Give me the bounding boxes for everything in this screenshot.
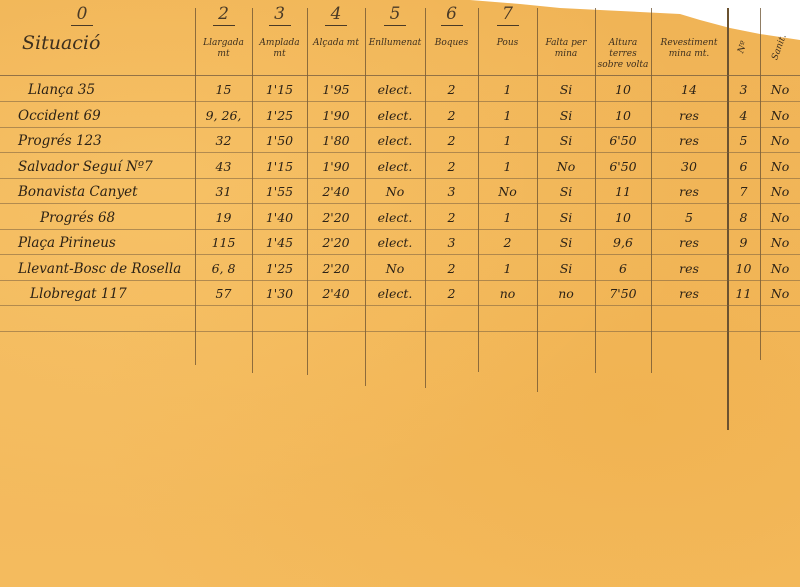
column-number: 3 (265, 4, 295, 26)
table-cell: Si (537, 184, 595, 199)
row-divider (0, 203, 800, 204)
table-cell: No (365, 261, 425, 276)
table-cell: No (760, 210, 800, 225)
table-cell: 2'40 (307, 184, 365, 199)
table-cell: No (537, 159, 595, 174)
row-location: Plaça Pirineus (18, 235, 116, 251)
header-divider (0, 75, 800, 76)
table-cell: No (365, 184, 425, 199)
column-header: Revestiment mina mt. (652, 38, 726, 60)
table-cell: 10 (727, 261, 760, 276)
table-cell: 5 (727, 133, 760, 148)
table-cell: 14 (651, 82, 727, 97)
column-number: 0 (67, 4, 97, 26)
table-cell: 1'90 (307, 108, 365, 123)
table-cell: elect. (365, 82, 425, 97)
table-cell: 2 (425, 210, 478, 225)
table-cell: 7'50 (595, 286, 651, 301)
table-cell: 31 (195, 184, 252, 199)
column-header: Altura terres sobre volta (596, 38, 650, 71)
row-location: Llevant-Bosc de Rosella (18, 261, 181, 277)
table-cell: 3 (727, 82, 760, 97)
table-cell: 6 (595, 261, 651, 276)
table-cell: 2 (425, 159, 478, 174)
table-cell: 2 (425, 286, 478, 301)
table-cell: 4 (727, 108, 760, 123)
table-cell: 1'40 (252, 210, 307, 225)
table-cell: 2 (425, 108, 478, 123)
table-cell: 57 (195, 286, 252, 301)
table-cell: Si (537, 210, 595, 225)
table-cell: 5 (651, 210, 727, 225)
column-number: 5 (380, 4, 410, 26)
table-cell: 1'45 (252, 235, 307, 250)
table-cell: 2 (425, 82, 478, 97)
table-cell: 115 (195, 235, 252, 250)
table-cell: No (760, 235, 800, 250)
row-location: Occident 69 (18, 108, 101, 124)
table-cell: 9,6 (595, 235, 651, 250)
table-cell: res (651, 108, 727, 123)
table-cell: elect. (365, 159, 425, 174)
table-cell: 1 (478, 133, 537, 148)
table-cell: Si (537, 82, 595, 97)
table-cell: 11 (595, 184, 651, 199)
table-cell: res (651, 286, 727, 301)
row-divider (0, 229, 800, 230)
table-cell: Si (537, 235, 595, 250)
table-cell: Si (537, 261, 595, 276)
column-divider (537, 8, 538, 392)
table-cell: No (760, 133, 800, 148)
row-divider (0, 152, 800, 153)
table-cell: elect. (365, 133, 425, 148)
table-cell: elect. (365, 108, 425, 123)
column-number: 4 (321, 4, 351, 26)
row-divider (0, 178, 800, 179)
row-location: Llança 35 (28, 82, 95, 98)
column-header: Situació (22, 38, 100, 49)
table-cell: 1'15 (252, 159, 307, 174)
table-cell: 2 (425, 133, 478, 148)
table-cell: Si (537, 133, 595, 148)
table-cell: No (760, 184, 800, 199)
column-header: Boques (426, 38, 477, 49)
table-cell: 2'20 (307, 261, 365, 276)
table-cell: 10 (595, 82, 651, 97)
table-cell: 1'25 (252, 108, 307, 123)
row-location: Salvador Seguí Nº7 (18, 159, 153, 175)
table-cell: res (651, 235, 727, 250)
table-cell: 6, 8 (195, 261, 252, 276)
table-cell: Si (537, 108, 595, 123)
table-cell: 1'15 (252, 82, 307, 97)
table-cell: 6'50 (595, 159, 651, 174)
table-cell: 9, 26, (195, 108, 252, 123)
table-cell: 30 (651, 159, 727, 174)
row-divider (0, 280, 800, 281)
table-cell: no (537, 286, 595, 301)
row-divider (0, 331, 800, 332)
table-cell: res (651, 184, 727, 199)
table-cell: 10 (595, 210, 651, 225)
table-cell: 10 (595, 108, 651, 123)
table-cell: 1'50 (252, 133, 307, 148)
column-number: 6 (437, 4, 467, 26)
table-cell: 1'80 (307, 133, 365, 148)
table-cell: 3 (425, 235, 478, 250)
column-number: 2 (209, 4, 239, 26)
table-cell: 6 (727, 159, 760, 174)
table-cell: 2'20 (307, 235, 365, 250)
table-cell: No (760, 261, 800, 276)
table-cell: 1 (478, 261, 537, 276)
column-header: Pous (479, 38, 536, 49)
table-cell: 2'20 (307, 210, 365, 225)
table-cell: res (651, 133, 727, 148)
row-location: Llobregat 117 (30, 286, 127, 302)
column-number: 7 (493, 4, 523, 26)
table-cell: No (760, 286, 800, 301)
row-location: Progrés 68 (40, 210, 115, 226)
table-cell: No (760, 159, 800, 174)
table-cell: 2'40 (307, 286, 365, 301)
table-cell: 32 (195, 133, 252, 148)
row-location: Progrés 123 (18, 133, 102, 149)
table-cell: 1'95 (307, 82, 365, 97)
table-cell: 3 (425, 184, 478, 199)
table-cell: 1'30 (252, 286, 307, 301)
row-divider (0, 305, 800, 306)
column-header: Alçada mt (308, 38, 364, 49)
table-cell: 6'50 (595, 133, 651, 148)
table-cell: 15 (195, 82, 252, 97)
table-cell: 1 (478, 108, 537, 123)
table-cell: no (478, 286, 537, 301)
table-cell: No (760, 108, 800, 123)
table-cell: 1'25 (252, 261, 307, 276)
table-cell: res (651, 261, 727, 276)
table-cell: elect. (365, 235, 425, 250)
column-header: Falta per mina (538, 38, 594, 60)
table-cell: No (760, 82, 800, 97)
table-cell: 2 (425, 261, 478, 276)
table-cell: 7 (727, 184, 760, 199)
table-cell: 9 (727, 235, 760, 250)
row-divider (0, 127, 800, 128)
table-cell: 1 (478, 159, 537, 174)
table-cell: No (478, 184, 537, 199)
table-cell: 2 (478, 235, 537, 250)
row-divider (0, 254, 800, 255)
row-location: Bonavista Canyet (18, 184, 138, 200)
table-cell: 1'55 (252, 184, 307, 199)
table-cell: 1'90 (307, 159, 365, 174)
table-cell: 1 (478, 210, 537, 225)
column-header: Enllumenat (366, 38, 424, 49)
table-cell: 1 (478, 82, 537, 97)
table-cell: elect. (365, 210, 425, 225)
table-cell: 11 (727, 286, 760, 301)
column-header: Amplada mt (253, 38, 306, 60)
table-cell: elect. (365, 286, 425, 301)
row-divider (0, 101, 800, 102)
table-cell: 43 (195, 159, 252, 174)
table-cell: 8 (727, 210, 760, 225)
table-cell: 19 (195, 210, 252, 225)
column-header: Llargada mt (196, 38, 251, 60)
